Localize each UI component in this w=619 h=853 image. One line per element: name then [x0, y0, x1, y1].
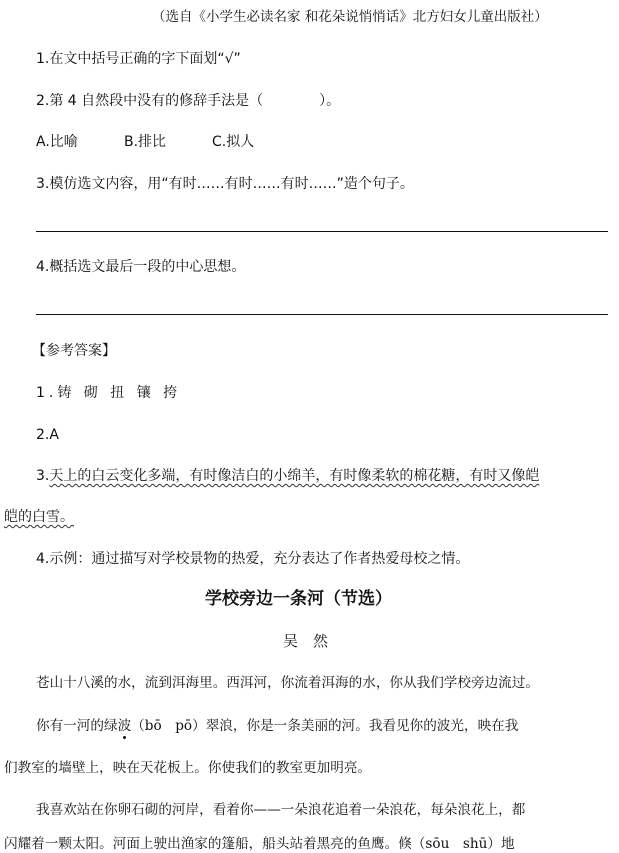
option-c: C.拟人 — [212, 133, 300, 151]
answer-3: 3.天上的白云变化多端，有时像洁白的小绵羊，有时像柔软的棉花糖，有时又像皑 — [36, 467, 539, 485]
article-author: 吴 然 — [283, 632, 328, 650]
answer-line-3 — [36, 231, 608, 232]
question-4: 4.概括选文最后一段的中心思想。 — [36, 258, 245, 276]
article-title: 学校旁边一条河（节选） — [205, 590, 392, 608]
p1-line2-part-b: （bō pō）翠浪，你是一条美丽的河。我看见你的波光，映在我 — [131, 718, 518, 734]
question-2-options: A.比喻B.排比C.拟人 — [36, 133, 300, 151]
paragraph-2-line-2: 闪耀着一颗太阳。河面上驶出渔家的篷船，船头站着黑亮的鱼鹰。倏（sōu shū）地 — [4, 835, 515, 853]
option-a: A.比喻 — [36, 133, 124, 151]
answers-heading: 【参考答案】 — [32, 342, 116, 360]
answer-4: 4.示例：通过描写对学校景物的热爱，充分表达了作者热爱母校之情。 — [36, 550, 469, 568]
paragraph-1-line-2: 你有一河的绿波（bō pō）翠浪，你是一条美丽的河。我看见你的波光，映在我 — [36, 717, 518, 735]
dotted-character: 波 — [118, 718, 132, 734]
answer-3-number: 3. — [36, 468, 49, 484]
question-3: 3.模仿选文内容，用“有时……有时……有时……”造个句子。 — [36, 175, 414, 193]
question-2: 2.第 4 自然段中没有的修辞手法是（ ）。 — [36, 92, 340, 110]
paragraph-1-line-1: 苍山十八溪的水，流到洱海里。西洱河，你流着洱海的水，你从我们学校旁边流过。 — [36, 674, 539, 692]
option-b: B.排比 — [124, 133, 212, 151]
answer-1: 1.铸 砌 扭 镶 挎 — [36, 384, 181, 402]
p1-line2-part-a: 你有一河的绿 — [36, 718, 118, 734]
answer-3-text-line1: 天上的白云变化多端，有时像洁白的小绵羊，有时像柔软的棉花糖，有时又像皑 — [49, 468, 539, 484]
question-1: 1.在文中括号正确的字下面划“√” — [36, 50, 241, 68]
answer-line-4 — [36, 314, 608, 315]
answer-2: 2.A — [36, 426, 59, 444]
answer-3-continued: 皑的白雪。 — [4, 508, 74, 526]
paragraph-2-line-1: 我喜欢站在你卵石砌的河岸，看着你——一朵浪花追着一朵浪花，每朵浪花上，都 — [36, 801, 525, 819]
source-note: （选自《小学生必读名家 和花朵说悄悄话》北方妇女儿童出版社） — [152, 8, 548, 26]
paragraph-1-line-3: 们教室的墙壁上，映在天花板上。你使我们的教室更加明亮。 — [4, 759, 371, 777]
